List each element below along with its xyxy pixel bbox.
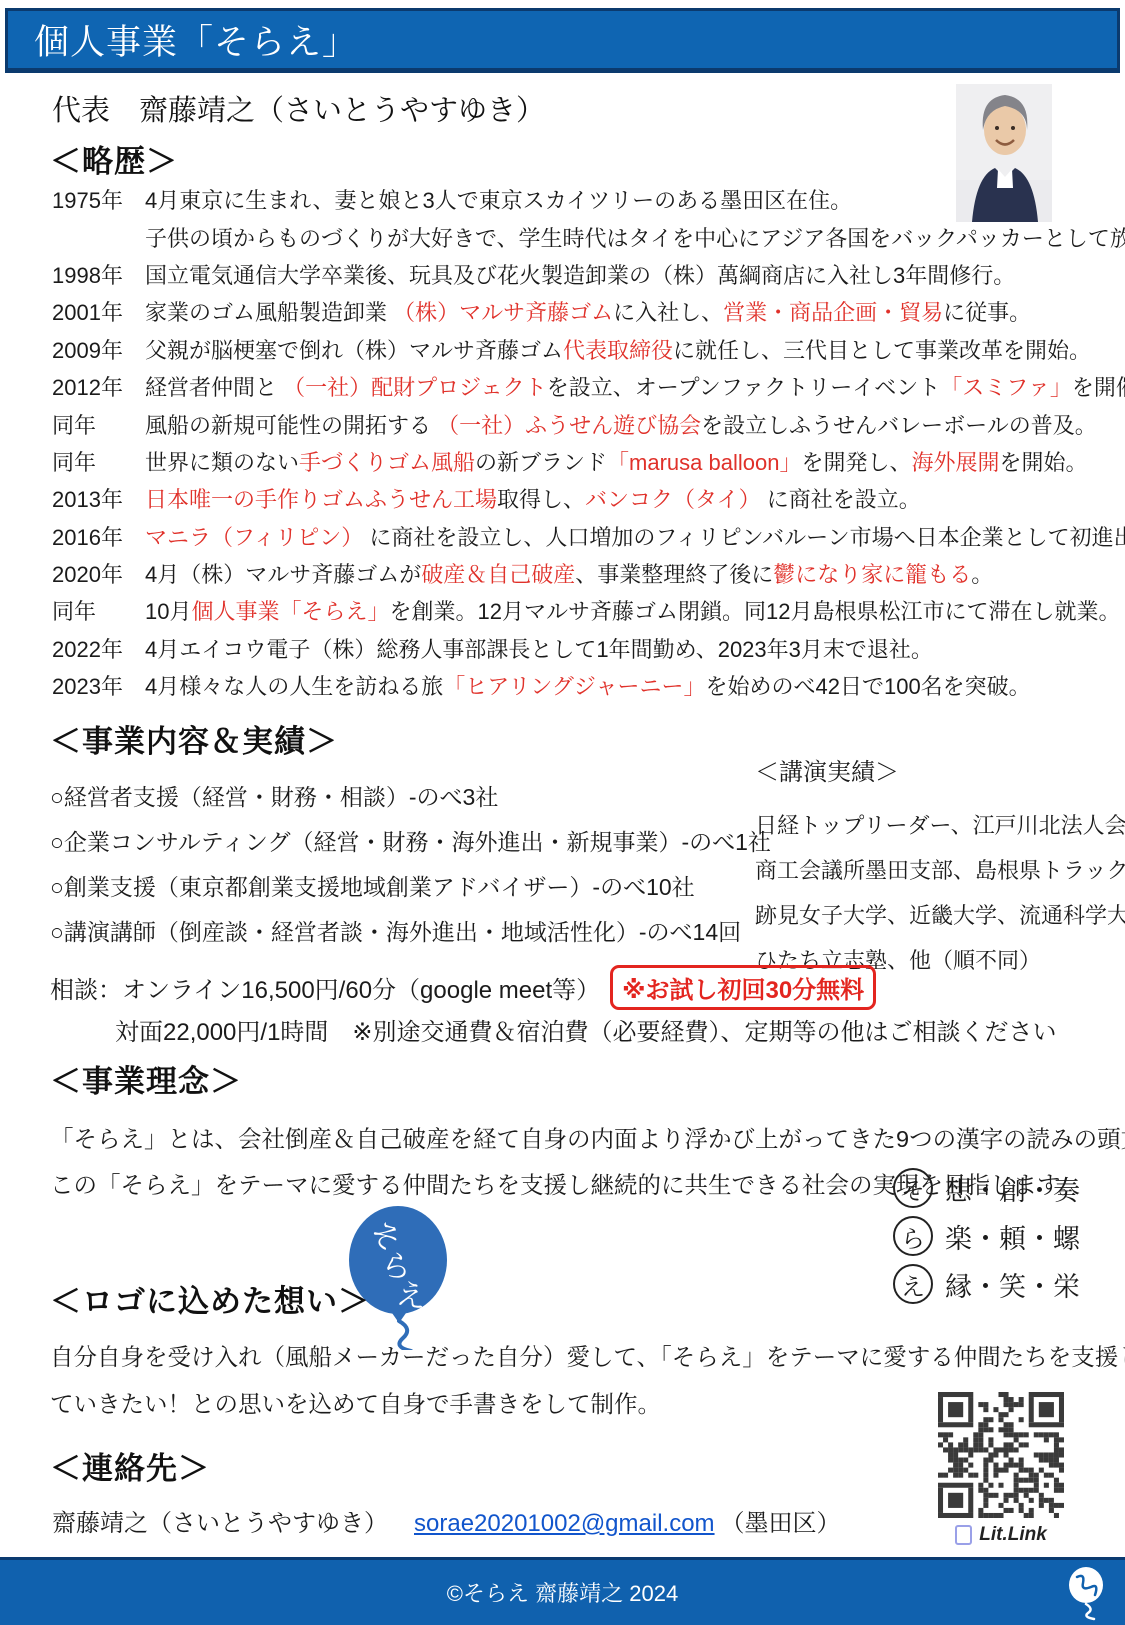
- career-row: 2013年日本唯一の手作りゴムふうせん工場取得し、バンコク（タイ） に商社を設立…: [52, 480, 1117, 517]
- career-segment: 子供の頃からものづくりが大好きで、学生時代はタイを中心にアジア各国をバックパッカ…: [145, 226, 1125, 251]
- career-segment: に商社を設立し、人口増加のフィリピンバルーン市場へ日本企業として初進出。: [363, 525, 1125, 550]
- sorae-meaning-row: そ想・創・奏: [893, 1164, 1080, 1212]
- career-segment: 4月東京に生まれ、妻と娘と3人で東京スカイツリーのある墨田区在住。: [145, 188, 852, 213]
- career-segment: 4月様々な人の人生を訪ねる旅: [145, 674, 443, 699]
- copyright-text: ©そらえ 齋藤靖之 2024: [447, 1577, 678, 1608]
- business-heading: ＜事業内容＆実績＞: [50, 716, 338, 761]
- career-row: 2016年マニラ（フィリピン） に商社を設立し、人口増加のフィリピンバルーン市場…: [52, 518, 1117, 555]
- career-text: 日本唯一の手作りゴムふうせん工場取得し、バンコク（タイ） に商社を設立。: [145, 483, 921, 514]
- career-segment: を開催。: [1072, 375, 1125, 400]
- business-item: ○創業支援（東京都創業支援地域創業アドバイザー）-のべ10社: [50, 863, 750, 908]
- career-row: 2020年4月（株）マルサ斉藤ゴムが破産＆自己破産、事業整理終了後に鬱になり家に…: [52, 555, 1117, 592]
- circled-kana: え: [893, 1264, 933, 1304]
- business-items: ○経営者支援（経営・財務・相談）-のべ3社○企業コンサルティング（経営・財務・海…: [50, 773, 750, 953]
- career-year: 2012年: [52, 371, 145, 402]
- career-segment: 10月: [145, 599, 191, 624]
- career-text: 家業のゴム風船製造卸業 （株）マルサ斉藤ゴムに入社し、営業・商品企画・貿易に従事…: [145, 296, 1031, 327]
- qr-code: [938, 1392, 1064, 1518]
- career-text: 子供の頃からものづくりが大好きで、学生時代はタイを中心にアジア各国をバックパッカ…: [145, 222, 1125, 253]
- career-rows: 1975年4月東京に生まれ、妻と娘と3人で東京スカイツリーのある墨田区在住。子供…: [52, 181, 1117, 704]
- career-text: 4月エイコウ電子（株）総務人事部課長として1年間勤め、2023年3月末で退社。: [145, 633, 933, 664]
- career-row: 2009年父親が脳梗塞で倒れ（株）マルサ斉藤ゴム代表取締役に就任し、三代目として…: [52, 331, 1117, 368]
- career-highlight: バンコク（タイ）: [585, 487, 761, 512]
- career-row: 2001年家業のゴム風船製造卸業 （株）マルサ斉藤ゴムに入社し、営業・商品企画・…: [52, 293, 1117, 330]
- footer-bar: ©そらえ 齋藤靖之 2024: [0, 1557, 1125, 1625]
- career-highlight: 営業・商品企画・貿易: [723, 300, 943, 325]
- career-text: 4月様々な人の人生を訪ねる旅「ヒアリングジャーニー」を始めのべ42日で100名を…: [145, 670, 1031, 701]
- career-highlight: マニラ（フィリピン）: [145, 525, 363, 550]
- header-bar: 個人事業「そらえ」: [5, 8, 1120, 73]
- career-row: 同年風船の新規可能性の開拓する （一社）ふうせん遊び協会を設立しふうせんバレーボ…: [52, 405, 1117, 442]
- footer-balloon-icon: [1065, 1565, 1107, 1621]
- career-segment: 国立電気通信大学卒業後、玩具及び花火製造卸業の（株）萬綱商店に入社し3年間修行。: [145, 263, 1015, 288]
- circled-kana: そ: [893, 1168, 933, 1208]
- career-year: 同年: [52, 595, 145, 626]
- career-row: 1998年国立電気通信大学卒業後、玩具及び花火製造卸業の（株）萬綱商店に入社し3…: [52, 256, 1117, 293]
- lectures-lines: 日経トップリーダー、江戸川北法人会、東京商工会議所墨田支部、島根県トラック協会、…: [755, 803, 1115, 983]
- career-segment: を設立、オープンファクトリーイベント: [547, 375, 941, 400]
- contact-heading: ＜連絡先＞: [50, 1443, 210, 1488]
- career-highlight: 手づくりゴム風船: [299, 450, 475, 475]
- career-year: 2023年: [52, 670, 145, 701]
- career-year: 2022年: [52, 633, 145, 664]
- sorae-meaning-row: え縁・笑・栄: [893, 1260, 1080, 1308]
- career-segment: を設立しふうせんバレーボールの普及。: [701, 413, 1097, 438]
- career-segment: 経営者仲間と: [145, 375, 283, 400]
- career-year: 2013年: [52, 483, 145, 514]
- career-year: 同年: [52, 409, 145, 440]
- litlink-caption: Lit.Link: [925, 1524, 1077, 1546]
- career-segment: を始めのべ42日で100名を突破。: [706, 674, 1031, 699]
- philosophy-heading: ＜事業理念＞: [50, 1056, 242, 1101]
- circled-kana: ら: [893, 1216, 933, 1256]
- career-row: 2012年経営者仲間と （一社）配財プロジェクトを設立、オープンファクトリーイベ…: [52, 368, 1117, 405]
- page: 個人事業「そらえ」 代表 齋藤靖之（さいとうやすゆき） ＜略歴＞ 1975年4月…: [0, 0, 1125, 1625]
- career-segment: に就任し、三代目として事業改革を開始。: [673, 338, 1091, 363]
- business-item: ○企業コンサルティング（経営・財務・海外進出・新規事業）-のべ1社: [50, 818, 750, 863]
- career-row: 同年10月個人事業「そらえ」を創業。12月マルサ斉藤ゴム閉鎖。同12月島根県松江…: [52, 592, 1117, 629]
- career-text: 経営者仲間と （一社）配財プロジェクトを設立、オープンファクトリーイベント「スミ…: [145, 371, 1125, 402]
- career-segment: を開始。: [1000, 450, 1088, 475]
- career-highlight: （一社）配財プロジェクト: [283, 375, 547, 400]
- kanji-list: 楽・頼・螺: [945, 1217, 1080, 1256]
- career-highlight: 「ヒアリングジャーニー」: [443, 674, 705, 699]
- career-year: 1998年: [52, 259, 145, 290]
- career-year: 同年: [52, 446, 145, 477]
- career-segment: 4月エイコウ電子（株）総務人事部課長として1年間勤め、2023年3月末で退社。: [145, 637, 933, 662]
- career-highlight: 海外展開: [912, 450, 1000, 475]
- career-row: 同年世界に類のない手づくりゴム風船の新ブランド「marusa balloon」を…: [52, 443, 1117, 480]
- career-year: 2016年: [52, 521, 145, 552]
- kanji-list: 縁・笑・栄: [945, 1265, 1080, 1304]
- lecture-line: 跡見女子大学、近畿大学、流通科学大学、: [755, 893, 1115, 938]
- business-item: ○経営者支援（経営・財務・相談）-のべ3社: [50, 773, 750, 818]
- career-highlight: 個人事業「そらえ」: [191, 599, 389, 624]
- philosophy-line: 「そらえ」とは、会社倒産＆自己破産を経て自身の内面より浮かび上がってきた9つの漢…: [50, 1116, 1110, 1162]
- litlink-icon: [955, 1525, 972, 1545]
- career-text: 風船の新規可能性の開拓する （一社）ふうせん遊び協会を設立しふうせんバレーボール…: [145, 409, 1097, 440]
- business-item: ○講演講師（倒産談・経営者談・海外進出・地域活性化）-のべ14回: [50, 908, 750, 953]
- career-text: 世界に類のない手づくりゴム風船の新ブランド「marusa balloon」を開発…: [145, 446, 1088, 477]
- career-highlight: 破産＆自己破産: [421, 562, 575, 587]
- career-segment: に入社し、: [613, 300, 723, 325]
- career-year: 2020年: [52, 558, 145, 589]
- sorae-meaning-list: そ想・創・奏ら楽・頼・螺え縁・笑・栄: [893, 1164, 1080, 1308]
- career-segment: 、事業整理終了後に: [575, 562, 773, 587]
- career-segment: 父親が脳梗塞で倒れ（株）マルサ斉藤ゴム: [145, 338, 563, 363]
- career-segment: を開発し、: [801, 450, 911, 475]
- lectures-block: ＜講演実績＞ 日経トップリーダー、江戸川北法人会、東京商工会議所墨田支部、島根県…: [755, 752, 1115, 983]
- career-highlight: 日本唯一の手作りゴムふうせん工場: [145, 487, 497, 512]
- career-text: 4月（株）マルサ斉藤ゴムが破産＆自己破産、事業整理終了後に鬱になり家に籠もる。: [145, 558, 993, 589]
- career-segment: 。: [971, 562, 993, 587]
- contact-line: 齋藤靖之（さいとうやすゆき）sorae20201002@gmail.com（墨田…: [52, 1503, 841, 1538]
- balloon-char-e: え: [394, 1278, 428, 1315]
- litlink-label: Lit.Link: [979, 1524, 1047, 1546]
- career-segment: に商社を設立。: [761, 487, 921, 512]
- career-segment: 取得し、: [497, 487, 585, 512]
- representative-line: 代表 齋藤靖之（さいとうやすゆき）: [52, 88, 545, 129]
- career-heading: ＜略歴＞: [50, 136, 178, 181]
- career-row: 1975年4月東京に生まれ、妻と娘と3人で東京スカイツリーのある墨田区在住。: [52, 181, 1117, 218]
- career-text: 4月東京に生まれ、妻と娘と3人で東京スカイツリーのある墨田区在住。: [145, 184, 852, 215]
- free-trial-badge: ※お試し初回30分無料: [610, 965, 876, 1010]
- career-text: 国立電気通信大学卒業後、玩具及び花火製造卸業の（株）萬綱商店に入社し3年間修行。: [145, 259, 1015, 290]
- sorae-meaning-row: ら楽・頼・螺: [893, 1212, 1080, 1260]
- page-title: 個人事業「そらえ」: [8, 15, 358, 65]
- pricing-line1: 相談：オンライン16,500円/60分（google meet等） ※お試し初回…: [50, 965, 876, 1010]
- contact-area: （墨田区）: [721, 1510, 841, 1537]
- career-highlight: 「marusa balloon」: [607, 450, 801, 475]
- career-row: 2022年4月エイコウ電子（株）総務人事部課長として1年間勤め、2023年3月末…: [52, 630, 1117, 667]
- career-year: 2001年: [52, 296, 145, 327]
- career-highlight: 「スミファ」: [940, 375, 1072, 400]
- lecture-line: 商工会議所墨田支部、島根県トラック協会、: [755, 848, 1115, 893]
- career-text: マニラ（フィリピン） に商社を設立し、人口増加のフィリピンバルーン市場へ日本企業…: [145, 521, 1125, 552]
- pricing-online-text: 相談：オンライン16,500円/60分（google meet等）: [50, 970, 600, 1005]
- email-link[interactable]: sorae20201002@gmail.com: [414, 1510, 715, 1537]
- career-segment: 世界に類のない: [145, 450, 299, 475]
- career-segment: に従事。: [943, 300, 1031, 325]
- career-year: 1975年: [52, 184, 145, 215]
- career-highlight: （株）マルサ斉藤ゴム: [393, 300, 613, 325]
- kanji-list: 想・創・奏: [945, 1169, 1080, 1208]
- career-segment: の新ブランド: [475, 450, 607, 475]
- career-segment: 風船の新規可能性の開拓する: [145, 413, 437, 438]
- career-highlight: 代表取締役: [563, 338, 673, 363]
- logo-heading: ＜ロゴに込めた想い＞: [50, 1276, 370, 1321]
- career-segment: 4月（株）マルサ斉藤ゴムが: [145, 562, 421, 587]
- career-segment: を創業。12月マルサ斉藤ゴム閉鎖。同12月島根県松江市にて滞在し就業。: [390, 599, 1121, 624]
- lectures-heading: ＜講演実績＞: [755, 752, 1115, 787]
- career-highlight: 鬱になり家に籠もる: [773, 562, 971, 587]
- career-text: 父親が脳梗塞で倒れ（株）マルサ斉藤ゴム代表取締役に就任し、三代目として事業改革を…: [145, 334, 1091, 365]
- career-year: 2009年: [52, 334, 145, 365]
- logo-line: 自分自身を受け入れ（風船メーカーだった自分）愛して、「そらえ」をテーマに愛する仲…: [50, 1334, 1110, 1381]
- lecture-line: 日経トップリーダー、江戸川北法人会、東京: [755, 803, 1115, 848]
- career-row: 2023年4月様々な人の人生を訪ねる旅「ヒアリングジャーニー」を始めのべ42日で…: [52, 667, 1117, 704]
- contact-name: 齋藤靖之（さいとうやすゆき）: [52, 1510, 388, 1537]
- career-row: 子供の頃からものづくりが大好きで、学生時代はタイを中心にアジア各国をバックパッカ…: [52, 218, 1117, 255]
- pricing-line2: 対面22,000円/1時間 ※別途交通費＆宿泊費（必要経費）、定期等の他はご相談…: [115, 1012, 1057, 1047]
- career-highlight: （一社）ふうせん遊び協会: [437, 413, 701, 438]
- career-segment: 家業のゴム風船製造卸業: [145, 300, 393, 325]
- career-text: 10月個人事業「そらえ」を創業。12月マルサ斉藤ゴム閉鎖。同12月島根県松江市に…: [145, 595, 1120, 626]
